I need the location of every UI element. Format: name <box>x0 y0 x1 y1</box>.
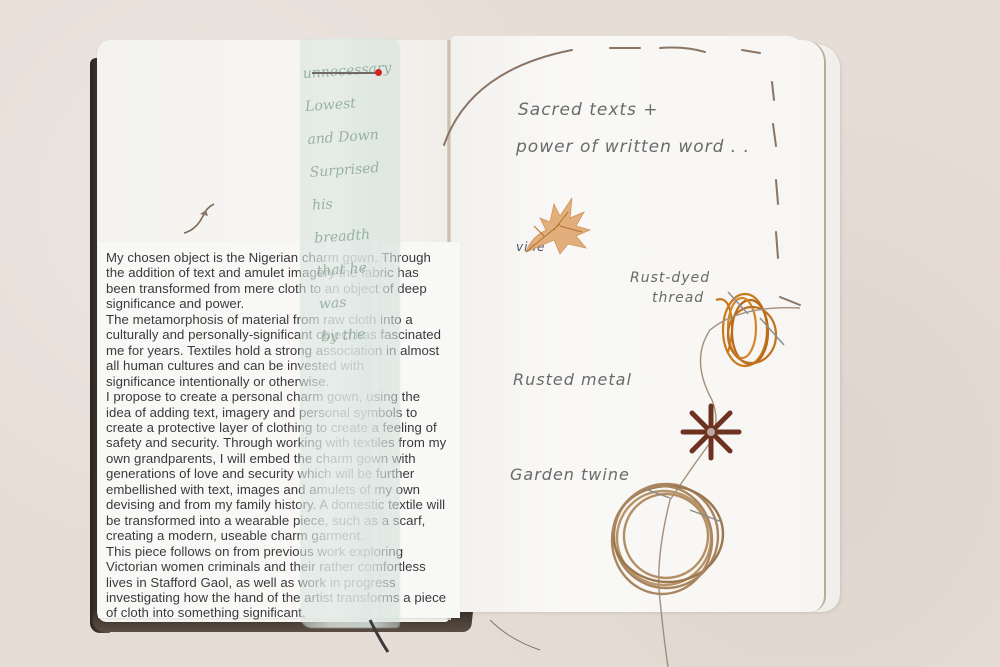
needle-icon <box>760 318 784 345</box>
sample-objects-illustration <box>0 0 1000 667</box>
stray-fiber <box>490 620 540 650</box>
thread-knot-icon <box>184 204 214 233</box>
pressed-leaf-icon <box>526 198 590 254</box>
rust-thread-skein-icon <box>716 294 776 366</box>
rusted-metal-star-icon <box>683 406 739 458</box>
stitch-border-icon <box>444 48 800 306</box>
garden-twine-coil-icon <box>612 484 723 594</box>
tissue-torn-end <box>370 620 388 652</box>
